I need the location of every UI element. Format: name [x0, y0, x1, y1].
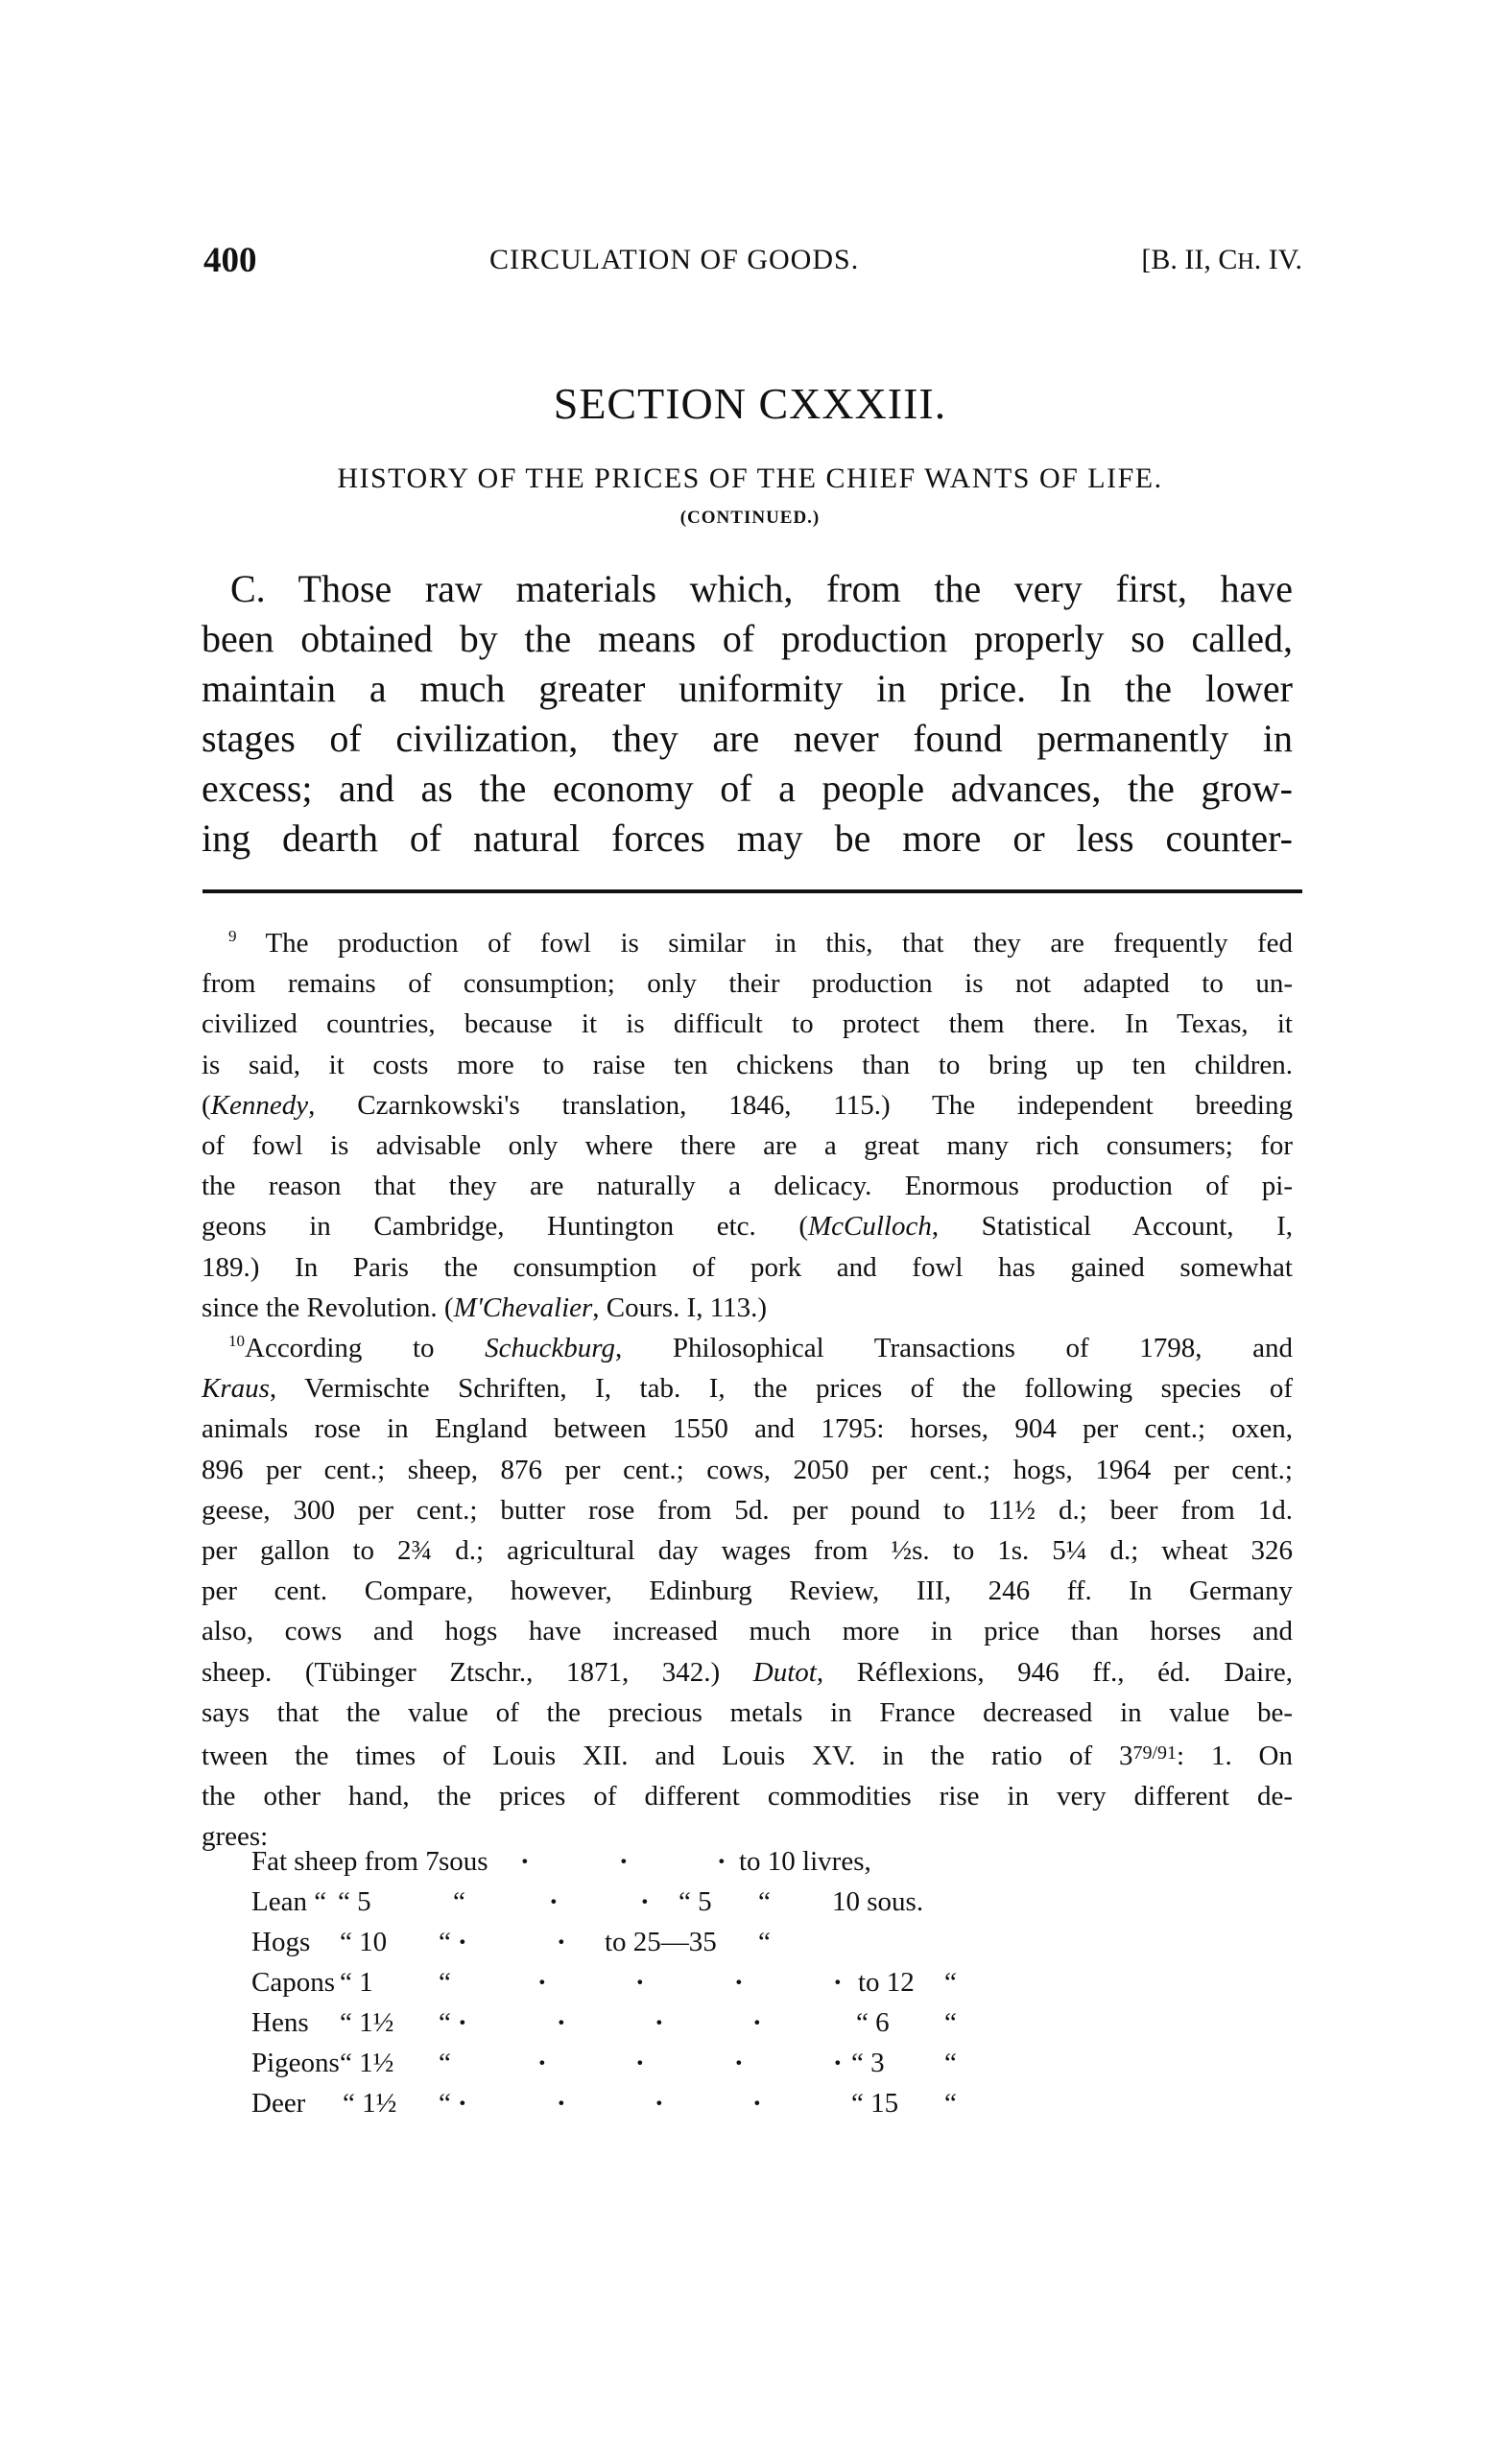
footnotes: 9 The production of fowl is similar in t…	[202, 923, 1293, 1858]
unit: “	[439, 2088, 451, 2120]
price-row-hens: Hens “ 1½ “ · · · · “ 6 “	[251, 2007, 1307, 2048]
body-line: stages of civilization, they are never f…	[202, 714, 1293, 764]
running-title: CIRCULATION OF GOODS.	[489, 244, 859, 276]
price-row-pigeons: Pigeons “ 1½ “ · · · · “ 3 “	[251, 2048, 1307, 2088]
footnote-10-line: 10According to Schuckburg, Philosophical…	[202, 1328, 1293, 1368]
row-label: Deer	[251, 2088, 305, 2120]
footnote-9-line: the reason that they are naturally a del…	[202, 1166, 1293, 1206]
leader-dot: ·	[655, 2007, 664, 2039]
row-label: Lean “	[251, 1886, 326, 1918]
body-paragraph: C. Those raw materials which, from the v…	[202, 564, 1293, 864]
row-label: Fat sheep from 7	[251, 1846, 440, 1878]
footnote-10-line: tween the times of Louis XII. and Louis …	[202, 1733, 1293, 1776]
section-title: SECTION CXXXIII.	[0, 378, 1500, 429]
section-subtitle: HISTORY OF THE PRICES OF THE CHIEF WANTS…	[0, 462, 1500, 495]
row-label: Pigeons	[251, 2048, 340, 2079]
leader-dot: ·	[635, 1967, 645, 1999]
footnote-10-line: animals rose in England between 1550 and…	[202, 1409, 1293, 1449]
body-line: ing dearth of natural forces may be more…	[202, 814, 1293, 864]
unit: “	[944, 2048, 957, 2079]
footnote-9-line: of fowl is advisable only where there ar…	[202, 1125, 1293, 1166]
leader-dot: ·	[717, 1846, 726, 1878]
footnote-divider	[202, 889, 1302, 893]
price-from: “ 10	[340, 1927, 387, 1958]
footnote-10-line: the other hand, the prices of different …	[202, 1776, 1293, 1816]
citation-author: Schuckburg	[485, 1333, 615, 1363]
price-row-deer: Deer “ 1½ “ · · · · “ 15 “	[251, 2088, 1307, 2128]
unit: “	[439, 2007, 451, 2039]
citation-author: Kennedy	[211, 1090, 308, 1121]
leader-dot: ·	[619, 1846, 629, 1878]
price-to: to 12	[858, 1967, 915, 1999]
leader-dot: ·	[752, 2007, 762, 2039]
citation-author: Kraus	[202, 1373, 270, 1404]
footnote-9-line: (Kennedy, Czarnkowski's translation, 184…	[202, 1085, 1293, 1125]
price-from: “ 5	[338, 1886, 371, 1918]
unit: “	[439, 1967, 451, 1999]
unit: “	[944, 2088, 957, 2120]
footnote-10-line: per gallon to 2¾ d.; agricultural day wa…	[202, 1530, 1293, 1571]
price-from: “ 1	[340, 1967, 373, 1999]
leader-dot: ·	[655, 2088, 664, 2120]
leader-dot: ·	[458, 2088, 467, 2120]
price-from: “ 1½	[340, 2048, 393, 2079]
leader-dot: ·	[537, 2048, 547, 2079]
footnote-10-line: Kraus, Vermischte Schriften, I, tab. I, …	[202, 1368, 1293, 1409]
price-row-capons: Capons “ 1 “ · · · · to 12 “	[251, 1967, 1307, 2007]
footnote-10-line: also, cows and hogs have increased much …	[202, 1611, 1293, 1651]
row-label: Hens	[251, 2007, 309, 2039]
leader-dot: ·	[833, 1967, 843, 1999]
leader-dot: ·	[557, 1927, 566, 1958]
unit: “	[758, 1886, 771, 1918]
footnote-10-line: sheep. (Tübinger Ztschr., 1871, 342.) Du…	[202, 1652, 1293, 1693]
continued-label: (CONTINUED.)	[0, 508, 1500, 529]
footnote-9-line: 189.) In Paris the consumption of pork a…	[202, 1247, 1293, 1288]
price-from: “ 1½	[340, 2007, 393, 2039]
footnote-9-line: since the Revolution. (M'Chevalier, Cour…	[202, 1288, 1293, 1328]
price-row-hogs: Hogs “ 10 “ · · to 25—35 “	[251, 1927, 1307, 1967]
leader-dot: ·	[833, 2048, 843, 2079]
price-to: to 25—35	[605, 1927, 717, 1958]
citation-author: Dutot	[753, 1657, 817, 1688]
body-line: excess; and as the economy of a people a…	[202, 764, 1293, 814]
unit: “	[439, 1927, 451, 1958]
leader-dot: ·	[557, 2007, 566, 2039]
footnote-9-line: geons in Cambridge, Huntington etc. (McC…	[202, 1206, 1293, 1246]
book-chapter-reference: [B. II, CH. IV.	[1141, 244, 1302, 276]
row-label: Hogs	[251, 1927, 310, 1958]
ratio-fraction: 79/91	[1132, 1742, 1177, 1764]
page-number: 400	[203, 240, 257, 281]
footnote-9-line: from remains of consumption; only their …	[202, 963, 1293, 1004]
leader-dot: ·	[752, 2088, 762, 2120]
leader-dot: ·	[520, 1846, 530, 1878]
price-to: “ 3	[851, 2048, 885, 2079]
citation-author: M'Chevalier	[454, 1292, 593, 1323]
running-header: 400 CIRCULATION OF GOODS. [B. II, CH. IV…	[203, 240, 1302, 282]
leader-dot: ·	[734, 1967, 744, 1999]
price-row-lean-sheep: Lean “ “ 5 “ · · “ 5 “ 10 sous.	[251, 1886, 1307, 1927]
leader-dot: ·	[537, 1967, 547, 1999]
leader-dot: ·	[458, 1927, 467, 1958]
price-to: “ 15	[851, 2088, 898, 2120]
footnote-marker: 9	[228, 927, 237, 945]
leader-dot: ·	[734, 2048, 744, 2079]
footnote-9-line: 9 The production of fowl is similar in t…	[202, 923, 1293, 963]
leader-dot: ·	[557, 2088, 566, 2120]
citation-author: McCulloch	[808, 1211, 932, 1242]
leader-dot: ·	[640, 1886, 650, 1918]
body-line: been obtained by the means of production…	[202, 614, 1293, 664]
footnote-9-line: civilized countries, because it is diffi…	[202, 1004, 1293, 1044]
price-to: “ 6	[856, 2007, 890, 2039]
price-to: “ 5	[679, 1886, 712, 1918]
unit: “	[439, 2048, 451, 2079]
book-page: 400 CIRCULATION OF GOODS. [B. II, CH. IV…	[0, 0, 1500, 2464]
price-to: to 10 livres,	[739, 1846, 871, 1878]
footnote-10-line: 896 per cent.; sheep, 876 per cent.; cow…	[202, 1450, 1293, 1490]
footnote-marker: 10	[228, 1332, 245, 1350]
unit: sous	[439, 1846, 488, 1878]
row-label: Capons	[251, 1967, 335, 1999]
footnote-10-line: geese, 300 per cent.; butter rose from 5…	[202, 1490, 1293, 1530]
leader-dot: ·	[635, 2048, 645, 2079]
unit: “	[944, 2007, 957, 2039]
footnote-9-line: is said, it costs more to raise ten chic…	[202, 1045, 1293, 1085]
leader-dot: ·	[458, 2007, 467, 2039]
footnote-10-line: says that the value of the precious meta…	[202, 1693, 1293, 1733]
price-row-fat-sheep: Fat sheep from 7 sous · · · to 10 livres…	[251, 1846, 1307, 1886]
leader-dot: ·	[549, 1886, 559, 1918]
price-from: “ 1½	[343, 2088, 396, 2120]
body-line: maintain a much greater uniformity in pr…	[202, 664, 1293, 714]
unit: “	[758, 1927, 771, 1958]
price-extra: 10 sous.	[832, 1886, 923, 1918]
body-line: C. Those raw materials which, from the v…	[202, 564, 1293, 614]
unit: “	[453, 1886, 465, 1918]
footnote-10-line: per cent. Compare, however, Edinburg Rev…	[202, 1571, 1293, 1611]
unit: “	[944, 1967, 957, 1999]
